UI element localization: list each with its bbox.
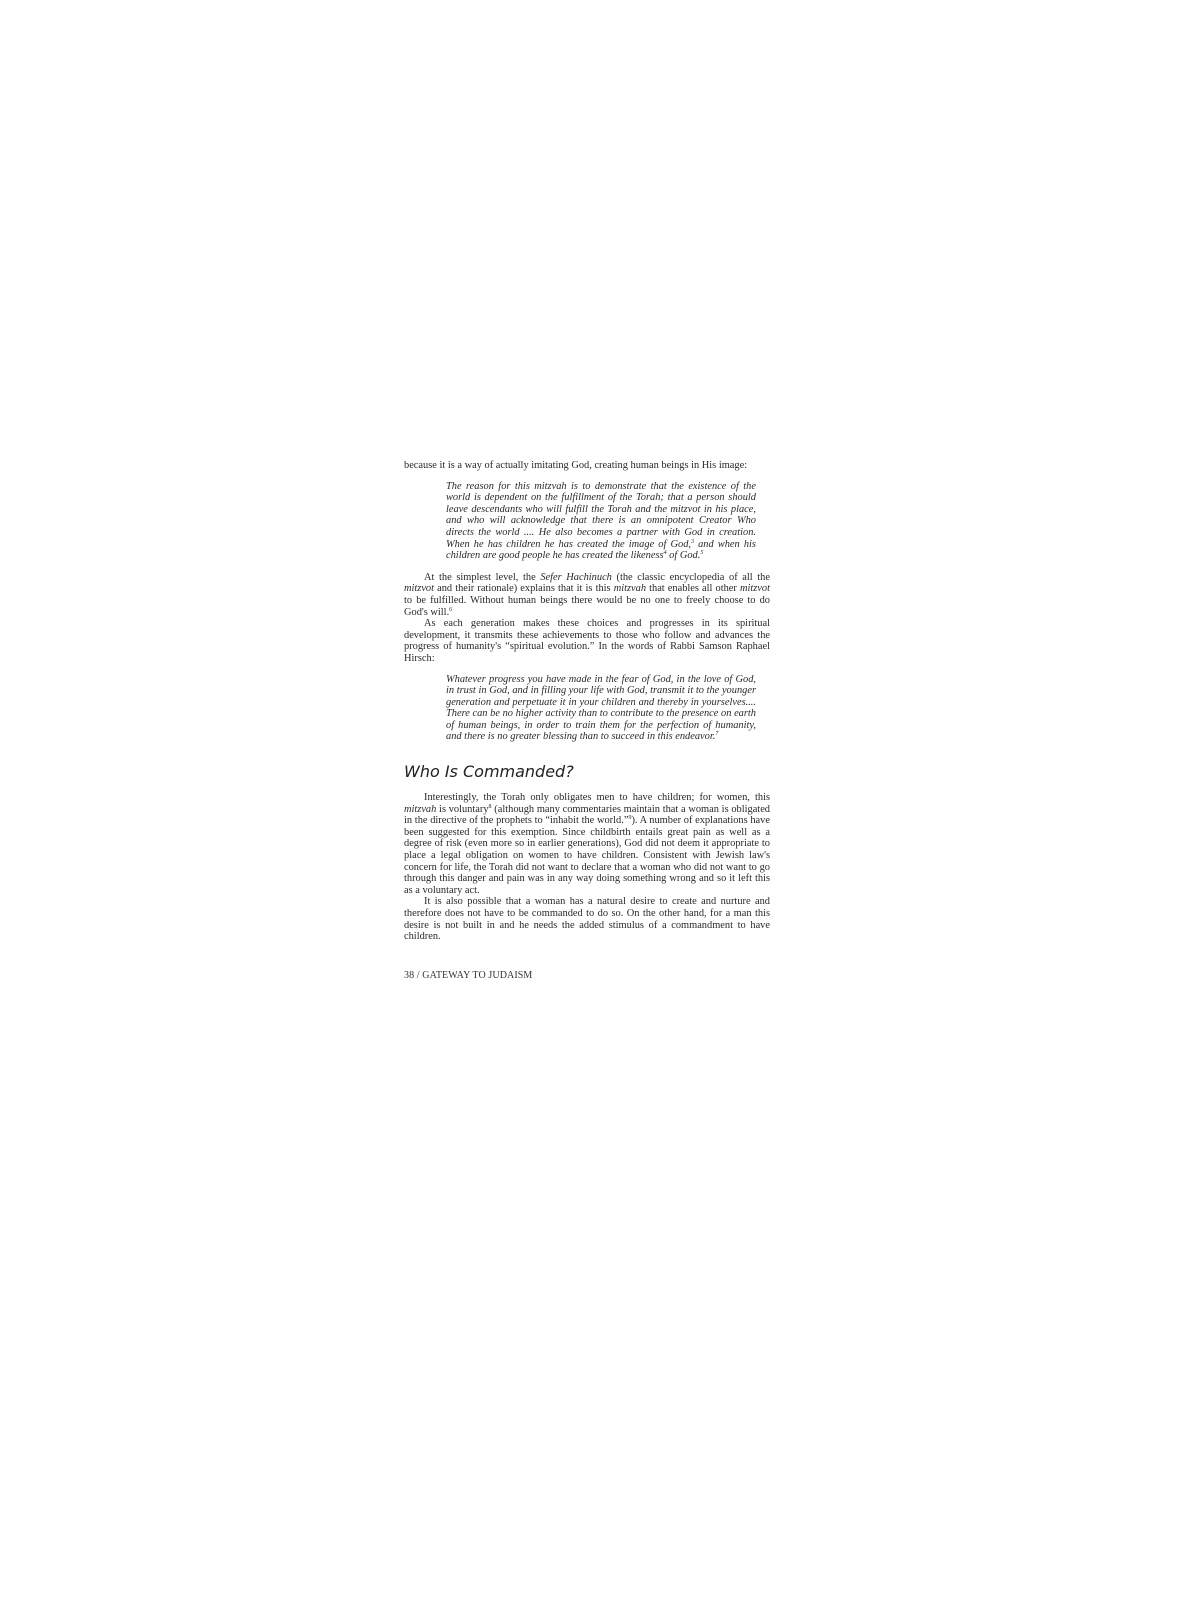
quote-text: The reason for this mitzvah is to demons… [446, 481, 756, 562]
page-footer: 38 / GATEWAY TO JUDAISM [404, 970, 770, 982]
paragraph-natural-desire: It is also possible that a woman has a n… [404, 896, 770, 942]
quote-text: Whatever progress you have made in the f… [446, 674, 756, 744]
footnote-ref[interactable]: 5 [700, 550, 703, 556]
block-quote-hirsch: Whatever progress you have made in the f… [446, 674, 756, 744]
intro-paragraph: because it is a way of actually imitatin… [404, 460, 770, 472]
paragraph-spiritual-evolution: As each generation makes these choices a… [404, 618, 770, 664]
paragraph-who-is-commanded: Interestingly, the Torah only obligates … [404, 792, 770, 896]
block-quote-sefer-hachinuch: The reason for this mitzvah is to demons… [446, 481, 756, 562]
paragraph-sefer-hachinuch: At the simplest level, the Sefer Hachinu… [404, 572, 770, 618]
section-heading: Who Is Commanded? [404, 762, 770, 782]
footnote-ref[interactable]: 6 [449, 607, 452, 613]
book-page: because it is a way of actually imitatin… [404, 460, 770, 981]
footnote-ref[interactable]: 7 [715, 731, 718, 737]
